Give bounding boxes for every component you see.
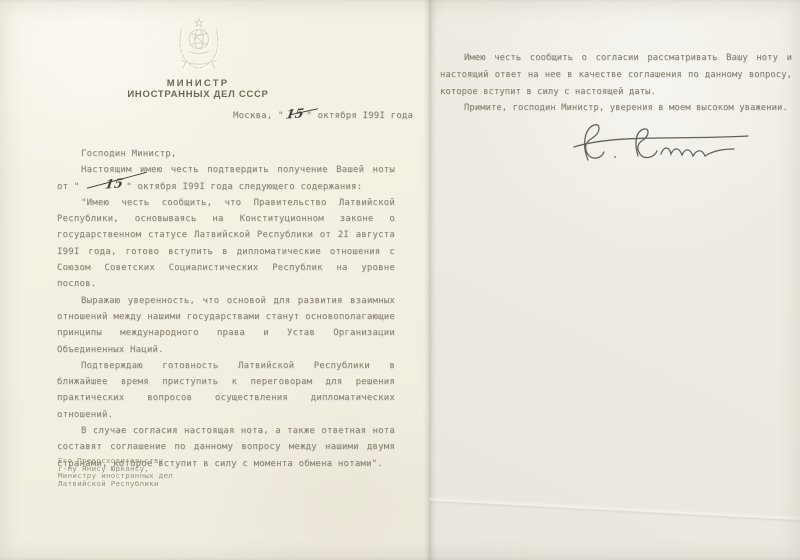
letterhead: МИНИСТР ИНОСТРАННЫХ ДЕЛ СССР: [98, 79, 298, 100]
intro-after: " октября I99I года следующего содержани…: [126, 182, 362, 192]
handwritten-signature: [560, 116, 755, 168]
letter-page-1: МИНИСТР ИНОСТРАННЫХ ДЕЛ СССР Москва, "15…: [0, 0, 430, 560]
addressee-block: Его Превосходительству г-ну Янису Юрканс…: [58, 457, 173, 487]
closing-paragraph-1: Имею честь сообщить о согласии рассматри…: [440, 50, 792, 100]
letterhead-subtitle: ИНОСТРАННЫХ ДЕЛ СССР: [98, 90, 298, 101]
quoted-paragraph-2: Выражаю уверенность, что основой для раз…: [57, 293, 395, 358]
handwritten-day-2: 15: [81, 183, 124, 187]
dateline-prefix: Москва, ": [233, 111, 284, 121]
letter-page-2: Имею честь сообщить о согласии рассматри…: [430, 0, 800, 560]
letter-body: Господин Министр, Настоящим имею честь п…: [57, 146, 395, 472]
ussr-coat-of-arms-emboss-icon: [170, 14, 228, 74]
quoted-paragraph-3: Подтверждаю готовность Латвийской Респуб…: [57, 358, 395, 423]
closing-paragraph-2: Примите, господин Министр, уверения в мо…: [440, 100, 792, 117]
handwritten-day: 15: [285, 113, 303, 115]
letterhead-title: МИНИСТР: [98, 79, 298, 90]
closing-body: Имею честь сообщить о согласии рассматри…: [440, 50, 792, 117]
scanned-document: МИНИСТР ИНОСТРАННЫХ ДЕЛ СССР Москва, "15…: [0, 0, 800, 560]
dateline: Москва, "15" октября I99I года: [233, 111, 413, 121]
quoted-paragraph-1: "Имею честь сообщить, что Правительство …: [57, 195, 395, 293]
intro-paragraph: Настоящим имею честь подтвердить получен…: [57, 162, 395, 195]
dateline-suffix: " октября I99I года: [306, 111, 413, 121]
salutation: Господин Министр,: [57, 146, 395, 162]
addressee-line-4: Латвийской Республики: [58, 480, 173, 488]
